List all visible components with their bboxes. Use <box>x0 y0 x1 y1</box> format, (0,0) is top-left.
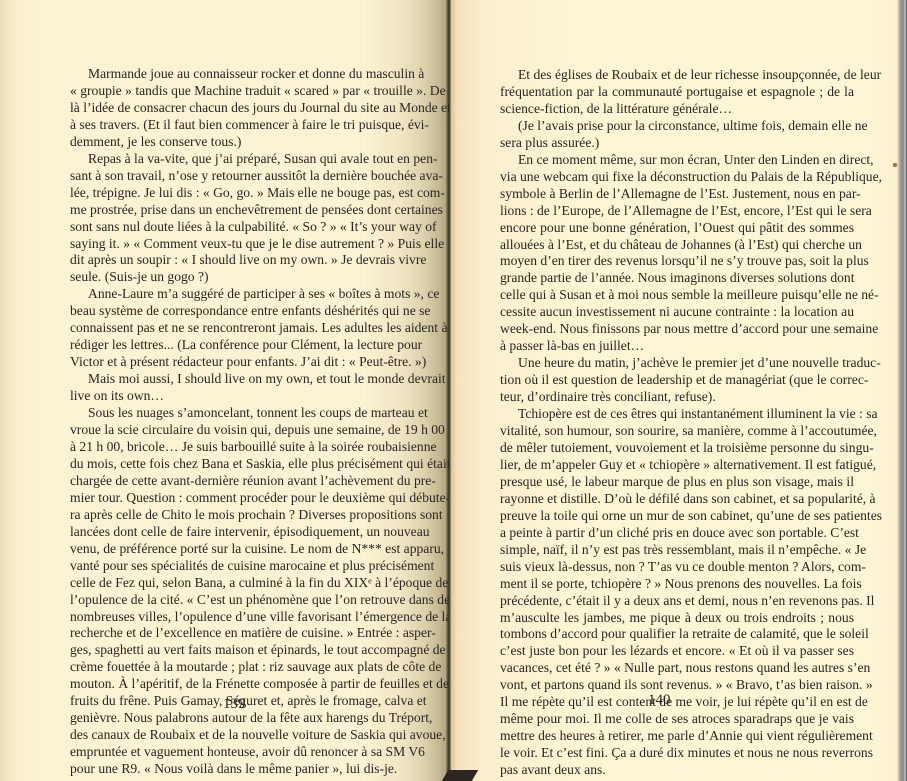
text-line: En ce moment même, sur mon écran, Unter … <box>500 152 854 169</box>
text-line: Sous les nuages s’amoncelant, tonnent le… <box>70 405 415 422</box>
text-line: Et des églises de Roubaix et de leur ric… <box>500 67 854 84</box>
book-gutter <box>446 0 451 781</box>
text-line: de mêler tutoiement, vouvoiement et la t… <box>500 440 854 457</box>
text-line: Repas à la va-vite, que j’ai préparé, Su… <box>70 151 415 168</box>
text-line: celle de Fez qui, selon Bana, a culminé … <box>70 575 415 592</box>
left-page-text: Marmande joue au connaisseur rocker et d… <box>70 66 415 778</box>
text-line: Mais moi aussi, I should live on my own,… <box>70 371 415 388</box>
text-line: week-end. Nous finissons par nous mettre… <box>500 321 854 338</box>
text-line: empruntée et vaguement honteuse, avoir d… <box>70 744 415 761</box>
text-line: rayonne et distille. D’où le défilé dans… <box>500 491 854 508</box>
text-line: pour une R9. « Nous voilà dans le même p… <box>70 761 415 778</box>
text-line: « groupie » tandis que Machine traduit «… <box>70 83 415 100</box>
left-page-number: 139 <box>223 696 246 713</box>
text-line: celle qui à Susan et à moi nous semble l… <box>500 287 854 304</box>
text-line: teur, d’ordinaire très conciliant, refus… <box>500 389 854 406</box>
text-line: allouées à l’Est, et du château de Johan… <box>500 237 854 254</box>
text-line: à passer là-bas en juillet… <box>500 338 854 355</box>
text-line: m’ausculte les jambes, me pique à deux o… <box>500 610 854 627</box>
text-line: vanté pour ses spécialités de cuisine ma… <box>70 558 415 575</box>
text-line: chargée de cette avant-dernière réunion … <box>70 473 415 490</box>
text-line: ges, spaghetti au vert faits maison et é… <box>70 642 415 659</box>
text-line: seule. (Suis-je un gogo ?) <box>70 269 415 286</box>
text-line: mouton. À l’apéritif, de la Frénette com… <box>70 676 415 693</box>
text-line: demment, je les conserve tous.) <box>70 134 415 151</box>
text-line: encore pour une bonne génération, l’Oues… <box>500 220 854 237</box>
text-line: lier, de m’appeler Guy et « tchiopère » … <box>500 457 854 474</box>
text-line: via une webcam qui fixe la déconstructio… <box>500 169 854 186</box>
text-line: vitalité, son humour, son sourire, sa ma… <box>500 423 854 440</box>
text-line: vroue la scie circulaire du voisin qui, … <box>70 422 415 439</box>
text-line: sant à son travail, n’ose y retourner au… <box>70 168 415 185</box>
text-line: mier tour. Question : comment procéder p… <box>70 490 415 507</box>
text-line: a peinte à partir d’un cliché pris en do… <box>500 525 854 542</box>
text-line: symbole à Berlin de l’Allemagne de l’Est… <box>500 186 854 203</box>
text-line: sont sans nul doute liées à la culpabili… <box>70 219 415 236</box>
text-line: Anne-Laure m’a suggéré de participer à s… <box>70 286 415 303</box>
text-line: connaissent pas et ne se rencontreront j… <box>70 320 415 337</box>
text-line: crème fouettée à la moutarde ; plat : ri… <box>70 659 415 676</box>
text-line: dit après un soupir : « I should live on… <box>70 252 415 269</box>
text-line: Tchiopère est de ces êtres qui instantan… <box>500 406 854 423</box>
text-line: science-fiction, de la littérature génér… <box>500 101 854 118</box>
gutter-shadow-foot <box>442 770 478 781</box>
text-line: ment il se porte, tchiopère ? » Nous pre… <box>500 576 854 593</box>
text-line: ra après celle de Chito le mois prochain… <box>70 507 415 524</box>
open-book-spread: Marmande joue au connaisseur rocker et d… <box>0 0 907 781</box>
text-line: vacances, cet été ? » « Nulle part, nous… <box>500 660 854 677</box>
text-line: à ses travers. (Et il faut bien commence… <box>70 117 415 134</box>
text-line: simple, naïf, il n’y est pas très ressem… <box>500 542 854 559</box>
text-line: pas avant deux ans. <box>500 762 854 779</box>
text-line: (Je l’avais prise pour la circonstance, … <box>500 118 854 135</box>
text-line: recherche et de l’excellence en matière … <box>70 625 415 642</box>
text-line: fréquentation par la communauté portugai… <box>500 84 854 101</box>
page-edge-spot <box>893 163 897 167</box>
text-line: beau système de correspondance entre enf… <box>70 303 415 320</box>
text-line: rédiger les lettres... (La conférence po… <box>70 337 415 354</box>
text-line: le voir. Et c’est fini. Ça a duré dix mi… <box>500 745 854 762</box>
text-line: suis vieux là-dessus, non ? T’as vu ce d… <box>500 559 854 576</box>
left-page: Marmande joue au connaisseur rocker et d… <box>0 0 449 781</box>
text-line: grande partie de l’année. Nous imaginons… <box>500 270 854 287</box>
text-line: tion où il est question de leadership et… <box>500 372 854 389</box>
text-line: mettre des heures à retirer, me parle d’… <box>500 728 854 745</box>
text-line: presque usé, le labeur marque de plus en… <box>500 474 854 491</box>
text-line: c’est juste bon pour les lézards et enco… <box>500 643 854 660</box>
text-line: l’opulence de la cité. « C’est un phénom… <box>70 592 415 609</box>
right-page: Et des églises de Roubaix et de leur ric… <box>449 0 907 781</box>
text-line: Marmande joue au connaisseur rocker et d… <box>70 66 415 83</box>
text-line: Une heure du matin, j’achève le premier … <box>500 355 854 372</box>
text-line: même pour moi. Il me colle de ses atroce… <box>500 711 854 728</box>
text-line: lancées dont celle de faire intervenir, … <box>70 524 415 541</box>
text-line: des canaux de Roubaix et de la nouvelle … <box>70 727 415 744</box>
text-line: preuve la toile qui orne un mur de son c… <box>500 508 854 525</box>
text-line: venu, de préférence porté sur la cuisine… <box>70 541 415 558</box>
text-line: précédente, c’était il y a deux ans et d… <box>500 593 854 610</box>
text-line: vont, et partons quand ils sont revenus.… <box>500 677 854 694</box>
right-page-number: 140 <box>648 692 671 709</box>
text-line: du mois, cette fois chez Bana et Saskia,… <box>70 456 415 473</box>
text-line: moyen d’en tirer des revenus lorsqu’il n… <box>500 253 854 270</box>
text-line: Victor et à présent rédacteur pour enfan… <box>70 354 415 371</box>
right-page-text: Et des églises de Roubaix et de leur ric… <box>500 67 854 779</box>
text-line: à 21 h 00, bricole… Je suis barbouillé s… <box>70 439 415 456</box>
text-line: sera plus assurée.) <box>500 135 854 152</box>
text-line: lions : de l’Europe, de l’Allemagne de l… <box>500 203 854 220</box>
text-line: saying it. » « Comment veux-tu que je le… <box>70 236 415 253</box>
text-line: live on its own… <box>70 388 415 405</box>
text-line: Il me répète qu’il est content de me voi… <box>500 694 854 711</box>
text-line: là l’idée de consacrer chacun des jours … <box>70 100 415 117</box>
text-line: me prostrée, prise dans un enchevêtremen… <box>70 202 415 219</box>
text-line: tombons d’accord pour qualifier la retra… <box>500 626 854 643</box>
text-line: nombreuses villes, l’opulence d’une vill… <box>70 609 415 626</box>
text-line: lée, trépigne. Je lui dis : « Go, go. » … <box>70 185 415 202</box>
text-line: cessite aucun investissement ni aucune c… <box>500 304 854 321</box>
